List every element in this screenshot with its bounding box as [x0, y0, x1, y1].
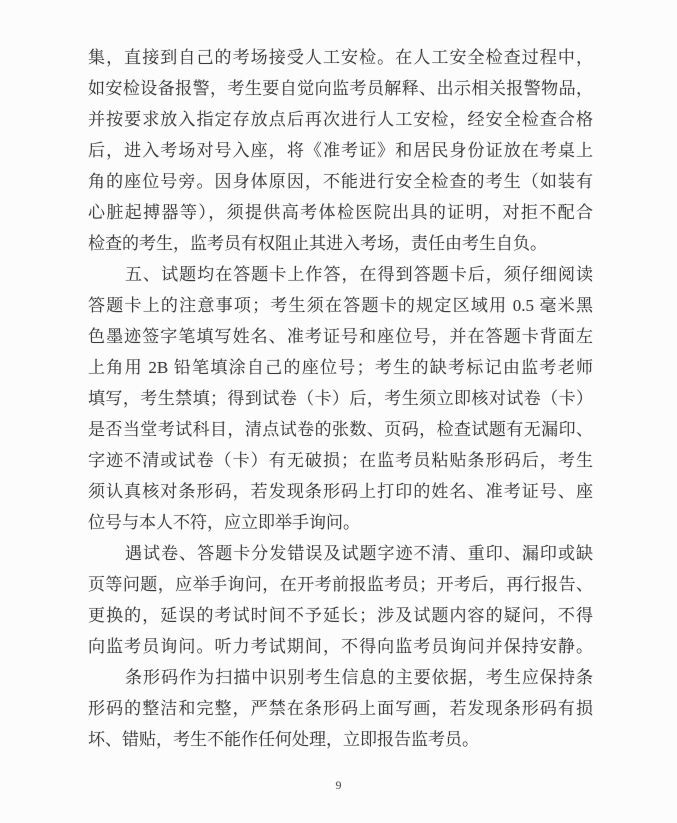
document-page: 集，直接到自己的考场接受人工安检。在人工安全检查过程中，如安检设备报警，考生要自… — [0, 0, 677, 823]
text-line: 位号与本人不符，应立即举手询问。 — [88, 507, 593, 538]
text-line: 坏、错贴，考生不能作任何处理，立即报告监考员。 — [88, 724, 593, 755]
page-text: 集，直接到自己的考场接受人工安检。在人工安全检查过程中，如安检设备报警，考生要自… — [88, 42, 593, 755]
text-line: 五、试题均在答题卡上作答，在得到答题卡后，须仔细阅读 — [88, 259, 593, 290]
text-line: 遇试卷、答题卡分发错误及试题字迹不清、重印、漏印或缺 — [88, 538, 593, 569]
text-line: 后，进入考场对号入座，将《准考证》和居民身份证放在考桌上 — [88, 135, 593, 166]
text-line: 答题卡上的注意事项；考生须在答题卡的规定区域用 0.5 毫米黑 — [88, 290, 593, 321]
page-number: 9 — [0, 778, 677, 793]
text-line: 集，直接到自己的考场接受人工安检。在人工安全检查过程中， — [88, 42, 593, 73]
text-line: 更换的，延误的考试时间不予延长；涉及试题内容的疑问，不得 — [88, 600, 593, 631]
text-line: 向监考员询问。听力考试期间，不得向监考员询问并保持安静。 — [88, 631, 593, 662]
text-line: 须认真核对条形码，若发现条形码上打印的姓名、准考证号、座 — [88, 476, 593, 507]
text-line: 填写，考生禁填；得到试卷（卡）后，考生须立即核对试卷（卡） — [88, 383, 593, 414]
text-line: 心脏起搏器等），须提供高考体检医院出具的证明，对拒不配合 — [88, 197, 593, 228]
text-line: 上角用 2B 铅笔填涂自己的座位号；考生的缺考标记由监考老师 — [88, 352, 593, 383]
text-line: 形码的整洁和完整，严禁在条形码上面写画，若发现条形码有损 — [88, 693, 593, 724]
text-line: 字迹不清或试卷（卡）有无破损；在监考员粘贴条形码后，考生 — [88, 445, 593, 476]
text-line: 色墨迹签字笔填写姓名、准考证号和座位号，并在答题卡背面左 — [88, 321, 593, 352]
text-line: 是否当堂考试科目，清点试卷的张数、页码，检查试题有无漏印、 — [88, 414, 593, 445]
text-line: 角的座位号旁。因身体原因，不能进行安全检查的考生（如装有 — [88, 166, 593, 197]
text-line: 检查的考生，监考员有权阻止其进入考场，责任由考生自负。 — [88, 228, 593, 259]
text-line: 条形码作为扫描中识别考生信息的主要依据，考生应保持条 — [88, 662, 593, 693]
text-line: 页等问题，应举手询问，在开考前报监考员；开考后，再行报告、 — [88, 569, 593, 600]
text-line: 并按要求放入指定存放点后再次进行人工安检，经安全检查合格 — [88, 104, 593, 135]
text-line: 如安检设备报警，考生要自觉向监考员解释、出示相关报警物品， — [88, 73, 593, 104]
